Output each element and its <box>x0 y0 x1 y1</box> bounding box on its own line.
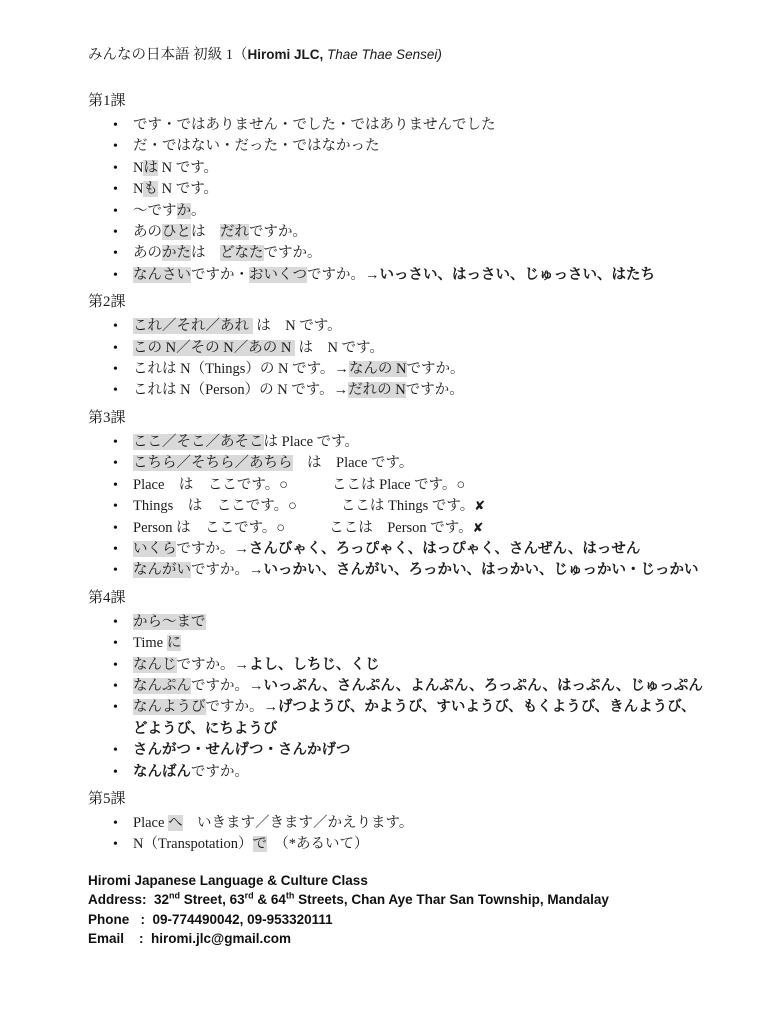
highlight-term: これ／それ／あれ <box>133 318 253 334</box>
bullet-item: なんじですか。→よし、しちじ、くじ <box>133 655 740 676</box>
text-run: N <box>133 160 143 176</box>
footer-email: Email : hiromi.jlc@gmail.com <box>88 929 740 949</box>
section-heading-5: 第5課 <box>88 789 740 809</box>
highlight-term: おいくつ <box>249 267 307 283</box>
text-run: これは N（Person）の N です。→ <box>133 382 348 398</box>
ordinal-superscript: rd <box>245 891 254 901</box>
text-run: Street, 63 <box>180 892 245 907</box>
highlight-term: か <box>177 203 192 219</box>
bullet-item: あのかたは どなたですか。 <box>133 243 740 264</box>
text-run: Place <box>133 815 168 831</box>
text-run: Address: 32 <box>88 892 169 907</box>
text-run: ですか。 <box>177 657 235 673</box>
text-run: ですか。 <box>264 245 322 261</box>
section-bullet-list: Place へ いきます／きます／かえります。N（Transpotation）で… <box>88 813 740 856</box>
highlight-term: なんようび <box>133 699 206 715</box>
text-run: ですか・ <box>191 267 249 283</box>
text-run: どようび、にちようび <box>133 721 277 737</box>
highlight-term: へ <box>168 815 183 831</box>
text-run: ここは Place です。○ <box>332 477 465 493</box>
bullet-item: Nも N です。 <box>133 179 740 200</box>
x-mark: ✘ <box>473 521 484 536</box>
text-run: Place は ここです。○ <box>133 477 288 493</box>
text-run: だ・ではない・だった・ではなかった <box>133 138 380 154</box>
title-teacher-name: Thae Thae Sensei <box>327 47 437 62</box>
bullet-item: なんぷんですか。→いっぷん、さんぷん、よんぷん、ろっぷん、はっぷん、じゅっぷん <box>133 676 740 697</box>
text-run: ですか。 <box>191 764 249 780</box>
text-run: Person は ここです。○ <box>133 520 285 536</box>
footer: Hiromi Japanese Language & Culture Class… <box>88 871 740 949</box>
highlight-term: ひと <box>162 224 191 240</box>
bullet-item: この N／その N／あの N は N です。 <box>133 338 740 359</box>
text-run: Time <box>133 635 167 651</box>
footer-class-name: Hiromi Japanese Language & Culture Class <box>88 871 740 891</box>
text-run: Things は ここです。○ <box>133 498 297 514</box>
text-run: です・ではありません・でした・ではありませんでした <box>133 117 496 133</box>
text-run: あの <box>133 245 162 261</box>
text-run: ここは Things です。 <box>341 498 474 514</box>
text-run: は N です。 <box>253 318 342 334</box>
lesson-section-4: 第4課から～までTime になんじですか。→よし、しちじ、くじなんぷんですか。→… <box>88 588 740 783</box>
section-bullet-list: ここ／そこ／あそこは Place です。こちら／そちら／あちら は Place … <box>88 432 740 582</box>
highlight-term: どなた <box>220 245 264 261</box>
highlight-term: ここ／そこ／あそこ <box>133 434 264 450</box>
text-run: →いっかい、さんがい、ろっかい、はっかい、じゅっかい・じっかい <box>249 562 699 578</box>
title-paren-open: （ <box>233 47 248 63</box>
section-heading-2: 第2課 <box>88 292 740 312</box>
text-run: は <box>191 245 220 261</box>
text-run: は Place です。 <box>293 455 414 471</box>
section-bullet-list: です・ではありません・でした・ではありませんでしただ・ではない・だった・ではなか… <box>88 115 740 286</box>
text-run: & 64 <box>254 892 286 907</box>
text-run: N（Transpotation） <box>133 836 253 852</box>
text-run: →さんびゃく、ろっぴゃく、はっぴゃく、さんぜん、はっせん <box>234 541 640 557</box>
footer-phone: Phone : 09-774490042, 09-953320111 <box>88 910 740 930</box>
section-bullet-list: から～までTime になんじですか。→よし、しちじ、くじなんぷんですか。→いっぷ… <box>88 612 740 783</box>
bullet-item: ここ／そこ／あそこは Place です。 <box>133 432 740 453</box>
text-run: ですか。 <box>407 361 465 377</box>
text-run: ～です <box>133 203 177 219</box>
section-heading-4: 第4課 <box>88 588 740 608</box>
highlight-term: だれの N <box>348 382 406 398</box>
text-run: さんがつ・せんげつ・さんかげつ <box>133 742 351 758</box>
highlight-term: だれ <box>220 224 249 240</box>
lesson-section-3: 第3課ここ／そこ／あそこは Place です。こちら／そちら／あちら は Pla… <box>88 408 740 582</box>
text-run: ですか。 <box>406 382 464 398</box>
text-run: は <box>191 224 220 240</box>
bullet-item: Person は ここです。○ここは Person です。✘ <box>133 518 740 539</box>
section-bullet-list: これ／それ／あれ は N です。この N／その N／あの N は N です。これ… <box>88 316 740 402</box>
text-run: なんばん <box>133 764 191 780</box>
text-run: ですか。 <box>191 678 249 694</box>
bullet-item: これ／それ／あれ は N です。 <box>133 316 740 337</box>
title-paren-close: ) <box>437 47 442 62</box>
bullet-item: なんばんですか。 <box>133 762 740 783</box>
bullet-item: こちら／そちら／あちら は Place です。 <box>133 453 740 474</box>
highlight-term: で <box>253 836 268 852</box>
bullet-item: Nは N です。 <box>133 158 740 179</box>
ordinal-superscript: nd <box>169 891 180 901</box>
bullet-item: これは N（Things）の N です。→なんの Nですか。 <box>133 359 740 380</box>
section-heading-1: 第1課 <box>88 91 740 111</box>
bullet-item: Place は ここです。○ここは Place です。○ <box>133 475 740 496</box>
bullet-item: なんがいですか。→いっかい、さんがい、ろっかい、はっかい、じゅっかい・じっかい <box>133 560 740 581</box>
text-run: N です。 <box>158 181 218 197</box>
text-run: →げつようび、かようび、すいようび、もくようび、きんようび、 <box>264 699 696 715</box>
text-run: →いっさい、はっさい、じゅっさい、はたち <box>365 267 655 283</box>
bullet-item: いくらですか。→さんびゃく、ろっぴゃく、はっぴゃく、さんぜん、はっせん <box>133 539 740 560</box>
title-class-abbrev: Hiromi JLC, <box>248 47 328 62</box>
bullet-item: Things は ここです。○ここは Things です。✘ <box>133 496 740 517</box>
bullet-item: から～まで <box>133 612 740 633</box>
highlight-term: かた <box>162 245 191 261</box>
highlight-term: は <box>143 160 158 176</box>
text-run: →いっぷん、さんぷん、よんぷん、ろっぷん、はっぷん、じゅっぷん <box>249 678 703 694</box>
highlight-term: なんじ <box>133 657 177 673</box>
text-run: Streets, Chan Aye Thar San Township, Man… <box>294 892 609 907</box>
text-run: ですか。 <box>191 562 249 578</box>
bullet-item: さんがつ・せんげつ・さんかげつ <box>133 740 740 761</box>
text-run: ですか。 <box>206 699 264 715</box>
text-run: （*あるいて） <box>267 836 369 852</box>
footer-address: Address: 32nd Street, 63rd & 64th Street… <box>88 890 740 910</box>
lesson-section-5: 第5課Place へ いきます／きます／かえります。N（Transpotatio… <box>88 789 740 856</box>
highlight-term: こちら／そちら／あちら <box>133 455 293 471</box>
highlight-term: も <box>143 181 158 197</box>
x-mark: ✘ <box>474 499 485 514</box>
lessons-container: 第1課です・ではありません・でした・ではありませんでしただ・ではない・だった・で… <box>88 91 740 856</box>
highlight-term: なんさい <box>133 267 191 283</box>
highlight-term: に <box>167 635 182 651</box>
bullet-item: これは N（Person）の N です。→だれの Nですか。 <box>133 380 740 401</box>
bullet-item: なんさいですか・おいくつですか。→いっさい、はっさい、じゅっさい、はたち <box>133 265 740 286</box>
bullet-item: ～ですか。 <box>133 201 740 222</box>
highlight-term: なんぷん <box>133 678 191 694</box>
highlight-term: いくら <box>133 541 176 557</box>
bullet-item: なんようびですか。→げつようび、かようび、すいようび、もくようび、きんようび、ど… <box>133 697 740 740</box>
text-run: は Place です。 <box>264 434 360 450</box>
text-run: →よし、しちじ、くじ <box>235 657 380 673</box>
text-run: あの <box>133 224 162 240</box>
text-run: ですか。 <box>176 541 234 557</box>
text-run: いきます／きます／かえります。 <box>183 815 414 831</box>
bullet-item: です・ではありません・でした・ではありませんでした <box>133 115 740 136</box>
text-run: は N です。 <box>295 340 384 356</box>
highlight-term: なんがい <box>133 562 191 578</box>
bullet-item: N（Transpotation）で （*あるいて） <box>133 834 740 855</box>
bullet-item: Time に <box>133 633 740 654</box>
highlight-term: この N／その N／あの N <box>133 340 295 356</box>
highlight-term: なんの N <box>349 361 407 377</box>
text-run: N <box>133 181 143 197</box>
document-title: みんなの日本語 初級 1（Hiromi JLC, Thae Thae Sense… <box>88 45 740 65</box>
text-run: ここは Person です。 <box>329 520 472 536</box>
title-japanese: みんなの日本語 初級 1 <box>88 47 233 63</box>
text-run: N です。 <box>158 160 218 176</box>
bullet-item: だ・ではない・だった・ではなかった <box>133 136 740 157</box>
lesson-section-1: 第1課です・ではありません・でした・ではありませんでしただ・ではない・だった・で… <box>88 91 740 286</box>
text-run: ですか。 <box>307 267 365 283</box>
text-run: 。 <box>191 203 206 219</box>
highlight-term: から～まで <box>133 614 206 630</box>
text-run: ですか。 <box>249 224 307 240</box>
document-page: みんなの日本語 初級 1（Hiromi JLC, Thae Thae Sense… <box>0 0 768 1024</box>
lesson-section-2: 第2課これ／それ／あれ は N です。この N／その N／あの N は N です… <box>88 292 740 402</box>
bullet-item: Place へ いきます／きます／かえります。 <box>133 813 740 834</box>
section-heading-3: 第3課 <box>88 408 740 428</box>
bullet-item: あのひとは だれですか。 <box>133 222 740 243</box>
text-run: これは N（Things）の N です。→ <box>133 361 349 377</box>
